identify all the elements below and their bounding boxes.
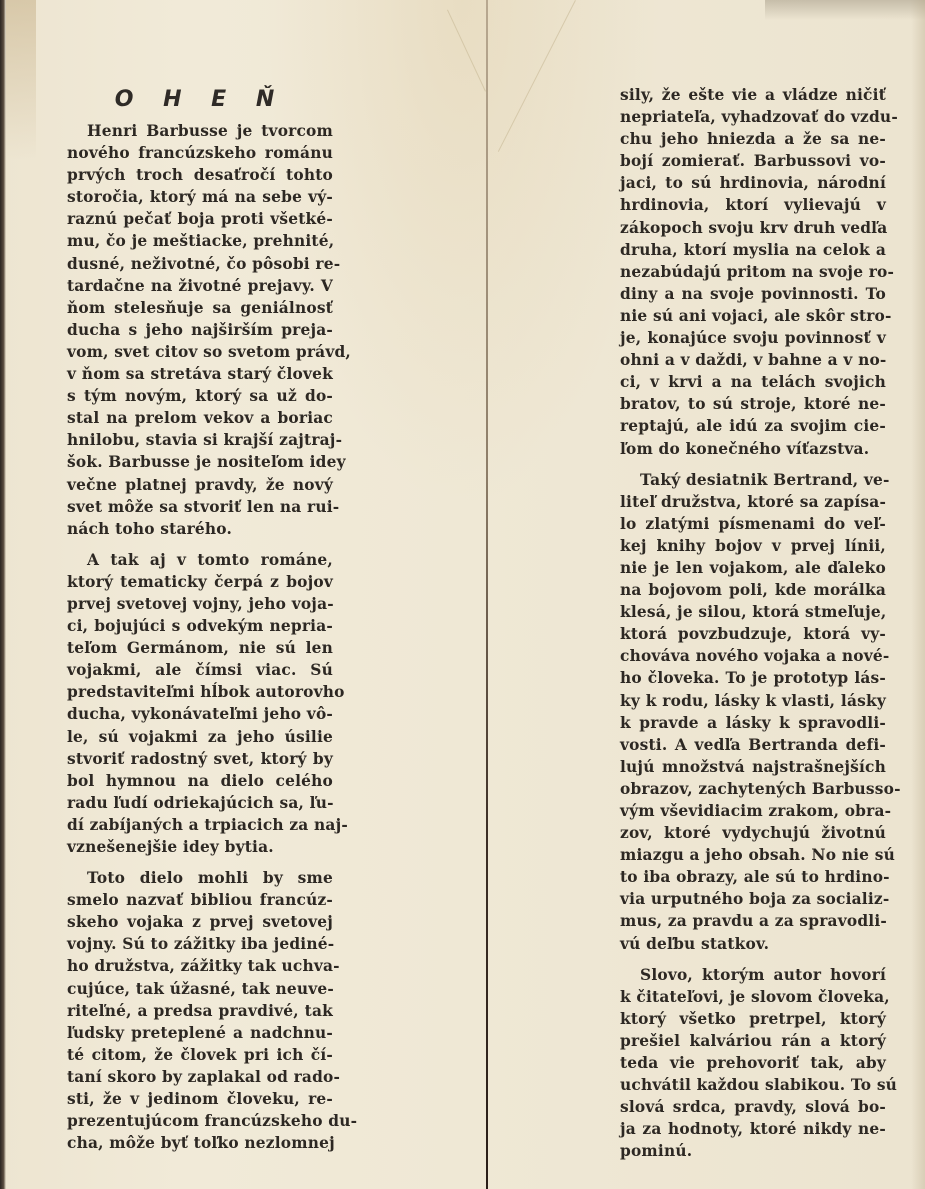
- text-line: vojny. Sú to zážitky iba jediné-: [67, 933, 333, 955]
- text-line: uchvátil každou slabikou. To sú: [620, 1074, 886, 1096]
- text-line: lo zlatými písmenami do veľ-: [620, 513, 886, 535]
- paragraph: sily, že ešte vie a vládze ničiťnepriate…: [620, 84, 886, 460]
- text-line: reptajú, ale idú za svojim cie-: [620, 415, 886, 437]
- text-line: v ňom sa stretáva starý človek: [67, 363, 333, 385]
- text-line: mus, za pravdu a za spravodli-: [620, 910, 886, 932]
- text-line: dí zabíjaných a trpiacich za naj-: [67, 814, 333, 836]
- text-line: druha, ktorí myslia na celok a: [620, 239, 886, 261]
- text-line: taní skoro by zaplakal od rado-: [67, 1066, 333, 1088]
- text-line: ci, v krvi a na telách svojich: [620, 371, 886, 393]
- paragraph-gap: [67, 858, 333, 867]
- paragraph: Toto dielo mohli by smesmelo nazvať bibl…: [67, 867, 333, 1154]
- text-line: slová srdca, pravdy, slová bo-: [620, 1096, 886, 1118]
- text-line: chu jeho hniezda a že sa ne-: [620, 128, 886, 150]
- text-line: nepriateľa, vyhadzovať do vzdu-: [620, 106, 886, 128]
- text-line: diny a na svoje povinnosti. To: [620, 283, 886, 305]
- text-line: stal na prelom vekov a boriac: [67, 407, 333, 429]
- text-line: raznú pečať boja proti všetké-: [67, 208, 333, 230]
- text-line: chováva nového vojaka a nové-: [620, 645, 886, 667]
- paragraph: Slovo, ktorým autor hovorík čitateľovi, …: [620, 964, 886, 1163]
- text-line: pominú.: [620, 1140, 886, 1162]
- text-line: bratov, to sú stroje, ktoré ne-: [620, 393, 886, 415]
- text-line: vosti. A vedľa Bertranda defi-: [620, 734, 886, 756]
- text-line: A tak aj v tomto románe,: [67, 549, 333, 571]
- text-line: riteľné, a predsa pravdivé, tak: [67, 1000, 333, 1022]
- paragraph-gap: [620, 460, 886, 469]
- text-line: prešiel kalváriou rán a ktorý: [620, 1030, 886, 1052]
- text-line: prvej svetovej vojny, jeho voja-: [67, 593, 333, 615]
- text-line: svet môže sa stvoriť len na rui-: [67, 496, 333, 518]
- text-line: vým vševidiacim zrakom, obra-: [620, 800, 886, 822]
- paragraph-gap: [620, 955, 886, 964]
- text-line: ľudsky preteplené a nadchnu-: [67, 1022, 333, 1044]
- text-line: prezentujúcom francúzskeho du-: [67, 1110, 333, 1132]
- text-line: ktorá povzbudzuje, ktorá vy-: [620, 623, 886, 645]
- text-line: cha, môže byť toľko nezlomnej: [67, 1132, 333, 1154]
- text-line: to iba obrazy, ale sú to hrdino-: [620, 866, 886, 888]
- text-line: skeho vojaka z prvej svetovej: [67, 911, 333, 933]
- text-line: ky k rodu, lásky k vlasti, lásky: [620, 690, 886, 712]
- text-line: sti, že v jedinom človeku, re-: [67, 1088, 333, 1110]
- text-line: smelo nazvať bibliou francúz-: [67, 889, 333, 911]
- spine-fold-line: [486, 0, 488, 1189]
- text-line: večne platnej pravdy, že nový: [67, 474, 333, 496]
- right-text-column: sily, že ešte vie a vládze ničiťnepriate…: [620, 84, 886, 1163]
- page-title: O H E Ň: [0, 87, 400, 112]
- text-line: predstaviteľmi hĺbok autorovho: [67, 681, 333, 703]
- paragraph: Taký desiatnik Bertrand, ve-liteľ družst…: [620, 469, 886, 955]
- text-line: miazgu a jeho obsah. No nie sú: [620, 844, 886, 866]
- text-line: via urputného boja za socializ-: [620, 888, 886, 910]
- text-line: ho človeka. To je prototyp lás-: [620, 667, 886, 689]
- text-line: le, sú vojakmi za jeho úsilie: [67, 726, 333, 748]
- text-line: s tým novým, ktorý sa už do-: [67, 385, 333, 407]
- text-line: nie je len vojakom, ale ďaleko: [620, 557, 886, 579]
- text-line: prvých troch desaťročí tohto: [67, 164, 333, 186]
- text-line: vom, svet citov so svetom právd,: [67, 341, 333, 363]
- text-line: vznešenejšie idey bytia.: [67, 836, 333, 858]
- text-line: ducha s jeho najširším preja-: [67, 319, 333, 341]
- text-line: teľom Germánom, nie sú len: [67, 637, 333, 659]
- text-line: ja za hodnoty, ktoré nikdy ne-: [620, 1118, 886, 1140]
- text-line: radu ľudí odriekajúcich sa, ľu-: [67, 792, 333, 814]
- text-line: ľom do konečného víťazstva.: [620, 438, 886, 460]
- text-line: ňom stelesňuje sa geniálnosť: [67, 297, 333, 319]
- text-line: ktorý tematicky čerpá z bojov: [67, 571, 333, 593]
- text-line: obrazov, zachytených Barbusso-: [620, 778, 886, 800]
- text-line: ktorý všetko pretrpel, ktorý: [620, 1008, 886, 1030]
- text-line: ho družstva, zážitky tak uchva-: [67, 955, 333, 977]
- text-line: nie sú ani vojaci, ale skôr stro-: [620, 305, 886, 327]
- text-line: mu, čo je meštiacke, prehnité,: [67, 230, 333, 252]
- text-line: té citom, že človek pri ich čí-: [67, 1044, 333, 1066]
- text-line: ci, bojujúci s odvekým nepria-: [67, 615, 333, 637]
- text-line: hrdinovia, ktorí vylievajú v: [620, 194, 886, 216]
- text-line: storočia, ktorý má na sebe vý-: [67, 186, 333, 208]
- text-line: Taký desiatnik Bertrand, ve-: [620, 469, 886, 491]
- text-line: k pravde a lásky k spravodli-: [620, 712, 886, 734]
- text-line: Henri Barbusse je tvorcom: [67, 120, 333, 142]
- paper-stain-top: [765, 0, 925, 20]
- left-binding-edge: [0, 0, 6, 1189]
- text-line: Toto dielo mohli by sme: [67, 867, 333, 889]
- paragraph: A tak aj v tomto románe,ktorý tematicky …: [67, 549, 333, 858]
- paper-stain: [6, 0, 36, 160]
- text-line: cujúce, tak úžasné, tak neuve-: [67, 978, 333, 1000]
- paragraph: Henri Barbusse je tvorcomnového francúzs…: [67, 120, 333, 540]
- right-page-edge: [911, 0, 925, 1189]
- text-line: nového francúzskeho románu: [67, 142, 333, 164]
- text-line: nezabúdajú pritom na svoje ro-: [620, 261, 886, 283]
- text-line: vojakmi, ale čímsi viac. Sú: [67, 659, 333, 681]
- text-line: zov, ktoré vydychujú životnú: [620, 822, 886, 844]
- text-line: dusné, neživotné, čo pôsobi re-: [67, 253, 333, 275]
- text-line: ducha, vykonávateľmi jeho vô-: [67, 703, 333, 725]
- text-line: liteľ družstva, ktoré sa zapísa-: [620, 491, 886, 513]
- text-line: k čitateľovi, je slovom človeka,: [620, 986, 886, 1008]
- text-line: na bojovom poli, kde morálka: [620, 579, 886, 601]
- text-line: stvoriť radostný svet, ktorý by: [67, 748, 333, 770]
- text-line: tardačne na životné prejavy. V: [67, 275, 333, 297]
- left-text-column: Henri Barbusse je tvorcomnového francúzs…: [67, 120, 333, 1154]
- text-line: vú deľbu statkov.: [620, 933, 886, 955]
- paragraph-gap: [67, 540, 333, 549]
- text-line: šok. Barbusse je nositeľom idey: [67, 451, 333, 473]
- text-line: nách toho starého.: [67, 518, 333, 540]
- text-line: zákopoch svoju krv druh vedľa: [620, 217, 886, 239]
- text-line: lujú množstvá najstrašnejších: [620, 756, 886, 778]
- text-line: sily, že ešte vie a vládze ničiť: [620, 84, 886, 106]
- text-line: bojí zomierať. Barbussovi vo-: [620, 150, 886, 172]
- text-line: ohni a v daždi, v bahne a v no-: [620, 349, 886, 371]
- text-line: Slovo, ktorým autor hovorí: [620, 964, 886, 986]
- text-line: jaci, to sú hrdinovia, národní: [620, 172, 886, 194]
- text-line: je, konajúce svoju povinnosť v: [620, 327, 886, 349]
- text-line: teda vie prehovoriť tak, aby: [620, 1052, 886, 1074]
- text-line: bol hymnou na dielo celého: [67, 770, 333, 792]
- text-line: hnilobu, stavia si krajší zajtraj-: [67, 429, 333, 451]
- text-line: klesá, je silou, ktorá stmeľuje,: [620, 601, 886, 623]
- text-line: kej knihy bojov v prvej línii,: [620, 535, 886, 557]
